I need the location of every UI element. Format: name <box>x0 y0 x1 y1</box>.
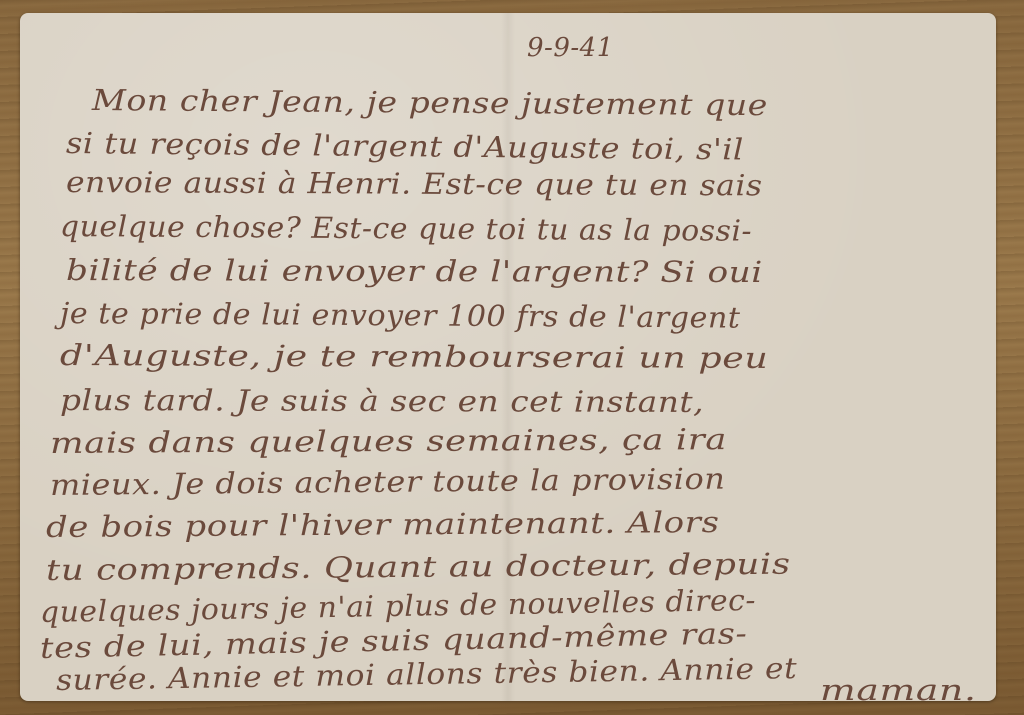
text-line-7: d'Auguste, je te rembourserai un peu <box>60 338 769 375</box>
text-line-9: mais dans quelques semaines, ça ira <box>50 422 727 460</box>
text-line-4: quelque chose? Est-ce que toi tu as la p… <box>60 209 752 248</box>
date: 9-9-41 <box>527 33 614 63</box>
text-line-16: maman. <box>820 673 977 707</box>
text-line-1: Mon cher Jean, je pense justement que <box>92 83 768 122</box>
text-line-3: envoie aussi à Henri. Est-ce que tu en s… <box>66 165 763 202</box>
text-line-5: bilité de lui envoyer de l'argent? Si ou… <box>66 253 763 289</box>
text-line-8: plus tard. Je suis à sec en cet instant, <box>60 383 704 419</box>
text-line-2: si tu reçois de l'argent d'Auguste toi, … <box>66 126 744 166</box>
postcard: 9-9-41 Mon cher Jean, je pense justement… <box>20 13 996 701</box>
text-line-12: tu comprends. Quant au docteur, depuis <box>46 547 791 587</box>
text-line-10: mieux. Je dois acheter toute la provisio… <box>50 462 726 502</box>
text-line-6: je te prie de lui envoyer 100 frs de l'a… <box>60 296 741 335</box>
text-line-11: de bois pour l'hiver maintenant. Alors <box>46 505 720 544</box>
